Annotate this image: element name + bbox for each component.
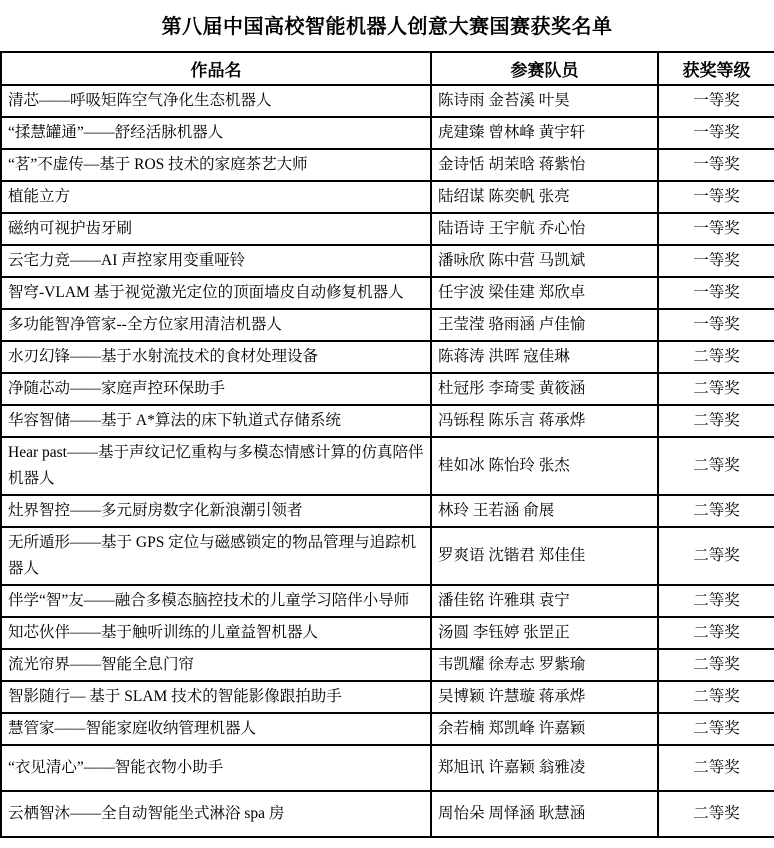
page-title: 第八届中国高校智能机器人创意大赛国赛获奖名单 [0, 0, 774, 51]
table-row: 水刃幻锋——基于水射流技术的食材处理设备陈蒋涛 洪晖 寇佳琳二等奖 [1, 341, 774, 373]
members-cell: 郑旭讯 许嘉颖 翁雅凌 [431, 745, 658, 791]
table-row: “揉慧罐通”——舒经活脉机器人虎建臻 曾林峰 黄宇轩一等奖 [1, 117, 774, 149]
table-row: 慧管家——智能家庭收纳管理机器人余若楠 郑凯峰 许嘉颖二等奖 [1, 713, 774, 745]
table-row: 华容智储——基于 A*算法的床下轨道式存储系统冯铄程 陈乐言 蒋承烨二等奖 [1, 405, 774, 437]
award-list-page: 第八届中国高校智能机器人创意大赛国赛获奖名单 作品名 参赛队员 获奖等级 清芯—… [0, 0, 774, 848]
work-name-cell: 伴学“智”友——融合多模态脑控技术的儿童学习陪伴小导师 [1, 585, 431, 617]
work-name-cell: 智穹-VLAM 基于视觉激光定位的顶面墙皮自动修复机器人 [1, 277, 431, 309]
members-cell: 桂如冰 陈怡玲 张杰 [431, 437, 658, 495]
members-cell: 吴博颖 许慧璇 蒋承烨 [431, 681, 658, 713]
award-cell: 一等奖 [658, 277, 774, 309]
work-name-cell: 磁纳可视护齿牙刷 [1, 213, 431, 245]
members-cell: 杜冠彤 李琦雯 黄筱涵 [431, 373, 658, 405]
members-cell: 陆语诗 王宇航 乔心怡 [431, 213, 658, 245]
work-name-cell: Hear past——基于声纹记忆重构与多模态情感计算的仿真陪伴机器人 [1, 437, 431, 495]
award-cell: 二等奖 [658, 437, 774, 495]
table-row: 流光帘界——智能全息门帘韦凯耀 徐寿志 罗紫瑜二等奖 [1, 649, 774, 681]
work-name-cell: 智影随行— 基于 SLAM 技术的智能影像跟拍助手 [1, 681, 431, 713]
work-name-cell: “茗”不虚传—基于 ROS 技术的家庭茶艺大师 [1, 149, 431, 181]
award-cell: 一等奖 [658, 309, 774, 341]
award-cell: 二等奖 [658, 527, 774, 585]
work-name-cell: 慧管家——智能家庭收纳管理机器人 [1, 713, 431, 745]
col-header-award-level: 获奖等级 [658, 52, 774, 85]
header-row: 作品名 参赛队员 获奖等级 [1, 52, 774, 85]
work-name-cell: “衣见清心”——智能衣物小助手 [1, 745, 431, 791]
award-cell: 二等奖 [658, 585, 774, 617]
table-row: 智影随行— 基于 SLAM 技术的智能影像跟拍助手吴博颖 许慧璇 蒋承烨二等奖 [1, 681, 774, 713]
work-name-cell: 流光帘界——智能全息门帘 [1, 649, 431, 681]
members-cell: 金诗恬 胡茉晗 蒋紫怡 [431, 149, 658, 181]
members-cell: 潘佳铭 许雅琪 袁宁 [431, 585, 658, 617]
award-cell: 一等奖 [658, 117, 774, 149]
award-cell: 一等奖 [658, 245, 774, 277]
table-row: 无所遁形——基于 GPS 定位与磁感锁定的物品管理与追踪机器人罗爽语 沈锴君 郑… [1, 527, 774, 585]
members-cell: 余若楠 郑凯峰 许嘉颖 [431, 713, 658, 745]
members-cell: 潘咏欣 陈中营 马凯斌 [431, 245, 658, 277]
col-header-work-name: 作品名 [1, 52, 431, 85]
work-name-cell: 灶界智控——多元厨房数字化新浪潮引领者 [1, 495, 431, 527]
work-name-cell: 植能立方 [1, 181, 431, 213]
members-cell: 罗爽语 沈锴君 郑佳佳 [431, 527, 658, 585]
table-row: Hear past——基于声纹记忆重构与多模态情感计算的仿真陪伴机器人桂如冰 陈… [1, 437, 774, 495]
award-cell: 二等奖 [658, 373, 774, 405]
members-cell: 周怡朵 周怿涵 耿慧涵 [431, 791, 658, 837]
members-cell: 王莹滢 骆雨涵 卢佳愉 [431, 309, 658, 341]
award-cell: 二等奖 [658, 405, 774, 437]
work-name-cell: 清芯——呼吸矩阵空气净化生态机器人 [1, 85, 431, 117]
award-cell: 二等奖 [658, 745, 774, 791]
table-row: 云栖智沐——全自动智能坐式淋浴 spa 房周怡朵 周怿涵 耿慧涵二等奖 [1, 791, 774, 837]
table-row: 清芯——呼吸矩阵空气净化生态机器人陈诗雨 金苔溪 叶昊一等奖 [1, 85, 774, 117]
awards-table: 作品名 参赛队员 获奖等级 清芯——呼吸矩阵空气净化生态机器人陈诗雨 金苔溪 叶… [0, 51, 774, 838]
table-row: 净随芯动——家庭声控环保助手杜冠彤 李琦雯 黄筱涵二等奖 [1, 373, 774, 405]
table-row: 伴学“智”友——融合多模态脑控技术的儿童学习陪伴小导师潘佳铭 许雅琪 袁宁二等奖 [1, 585, 774, 617]
award-cell: 二等奖 [658, 649, 774, 681]
work-name-cell: 水刃幻锋——基于水射流技术的食材处理设备 [1, 341, 431, 373]
table-row: 知芯伙伴——基于触听训练的儿童益智机器人汤圆 李钰婷 张罡正二等奖 [1, 617, 774, 649]
work-name-cell: “揉慧罐通”——舒经活脉机器人 [1, 117, 431, 149]
award-cell: 二等奖 [658, 341, 774, 373]
table-row: 磁纳可视护齿牙刷陆语诗 王宇航 乔心怡一等奖 [1, 213, 774, 245]
award-cell: 二等奖 [658, 713, 774, 745]
table-row: 灶界智控——多元厨房数字化新浪潮引领者林玲 王若涵 俞展二等奖 [1, 495, 774, 527]
award-cell: 二等奖 [658, 681, 774, 713]
work-name-cell: 知芯伙伴——基于触听训练的儿童益智机器人 [1, 617, 431, 649]
table-row: “衣见清心”——智能衣物小助手郑旭讯 许嘉颖 翁雅凌二等奖 [1, 745, 774, 791]
members-cell: 陈诗雨 金苔溪 叶昊 [431, 85, 658, 117]
members-cell: 韦凯耀 徐寿志 罗紫瑜 [431, 649, 658, 681]
award-cell: 二等奖 [658, 617, 774, 649]
table-row: “茗”不虚传—基于 ROS 技术的家庭茶艺大师金诗恬 胡茉晗 蒋紫怡一等奖 [1, 149, 774, 181]
award-cell: 一等奖 [658, 85, 774, 117]
col-header-team-members: 参赛队员 [431, 52, 658, 85]
award-cell: 一等奖 [658, 149, 774, 181]
work-name-cell: 云栖智沐——全自动智能坐式淋浴 spa 房 [1, 791, 431, 837]
members-cell: 汤圆 李钰婷 张罡正 [431, 617, 658, 649]
work-name-cell: 净随芯动——家庭声控环保助手 [1, 373, 431, 405]
award-cell: 一等奖 [658, 181, 774, 213]
members-cell: 虎建臻 曾林峰 黄宇轩 [431, 117, 658, 149]
members-cell: 任宇波 梁佳建 郑欣卓 [431, 277, 658, 309]
award-cell: 二等奖 [658, 791, 774, 837]
table-row: 多功能智净管家--全方位家用清洁机器人王莹滢 骆雨涵 卢佳愉一等奖 [1, 309, 774, 341]
members-cell: 陆绍谋 陈奕帆 张亮 [431, 181, 658, 213]
work-name-cell: 华容智储——基于 A*算法的床下轨道式存储系统 [1, 405, 431, 437]
table-row: 植能立方陆绍谋 陈奕帆 张亮一等奖 [1, 181, 774, 213]
award-cell: 一等奖 [658, 213, 774, 245]
members-cell: 冯铄程 陈乐言 蒋承烨 [431, 405, 658, 437]
table-row: 云宅力竞——AI 声控家用变重哑铃潘咏欣 陈中营 马凯斌一等奖 [1, 245, 774, 277]
members-cell: 陈蒋涛 洪晖 寇佳琳 [431, 341, 658, 373]
work-name-cell: 云宅力竞——AI 声控家用变重哑铃 [1, 245, 431, 277]
award-cell: 二等奖 [658, 495, 774, 527]
work-name-cell: 多功能智净管家--全方位家用清洁机器人 [1, 309, 431, 341]
table-row: 智穹-VLAM 基于视觉激光定位的顶面墙皮自动修复机器人任宇波 梁佳建 郑欣卓一… [1, 277, 774, 309]
members-cell: 林玲 王若涵 俞展 [431, 495, 658, 527]
work-name-cell: 无所遁形——基于 GPS 定位与磁感锁定的物品管理与追踪机器人 [1, 527, 431, 585]
